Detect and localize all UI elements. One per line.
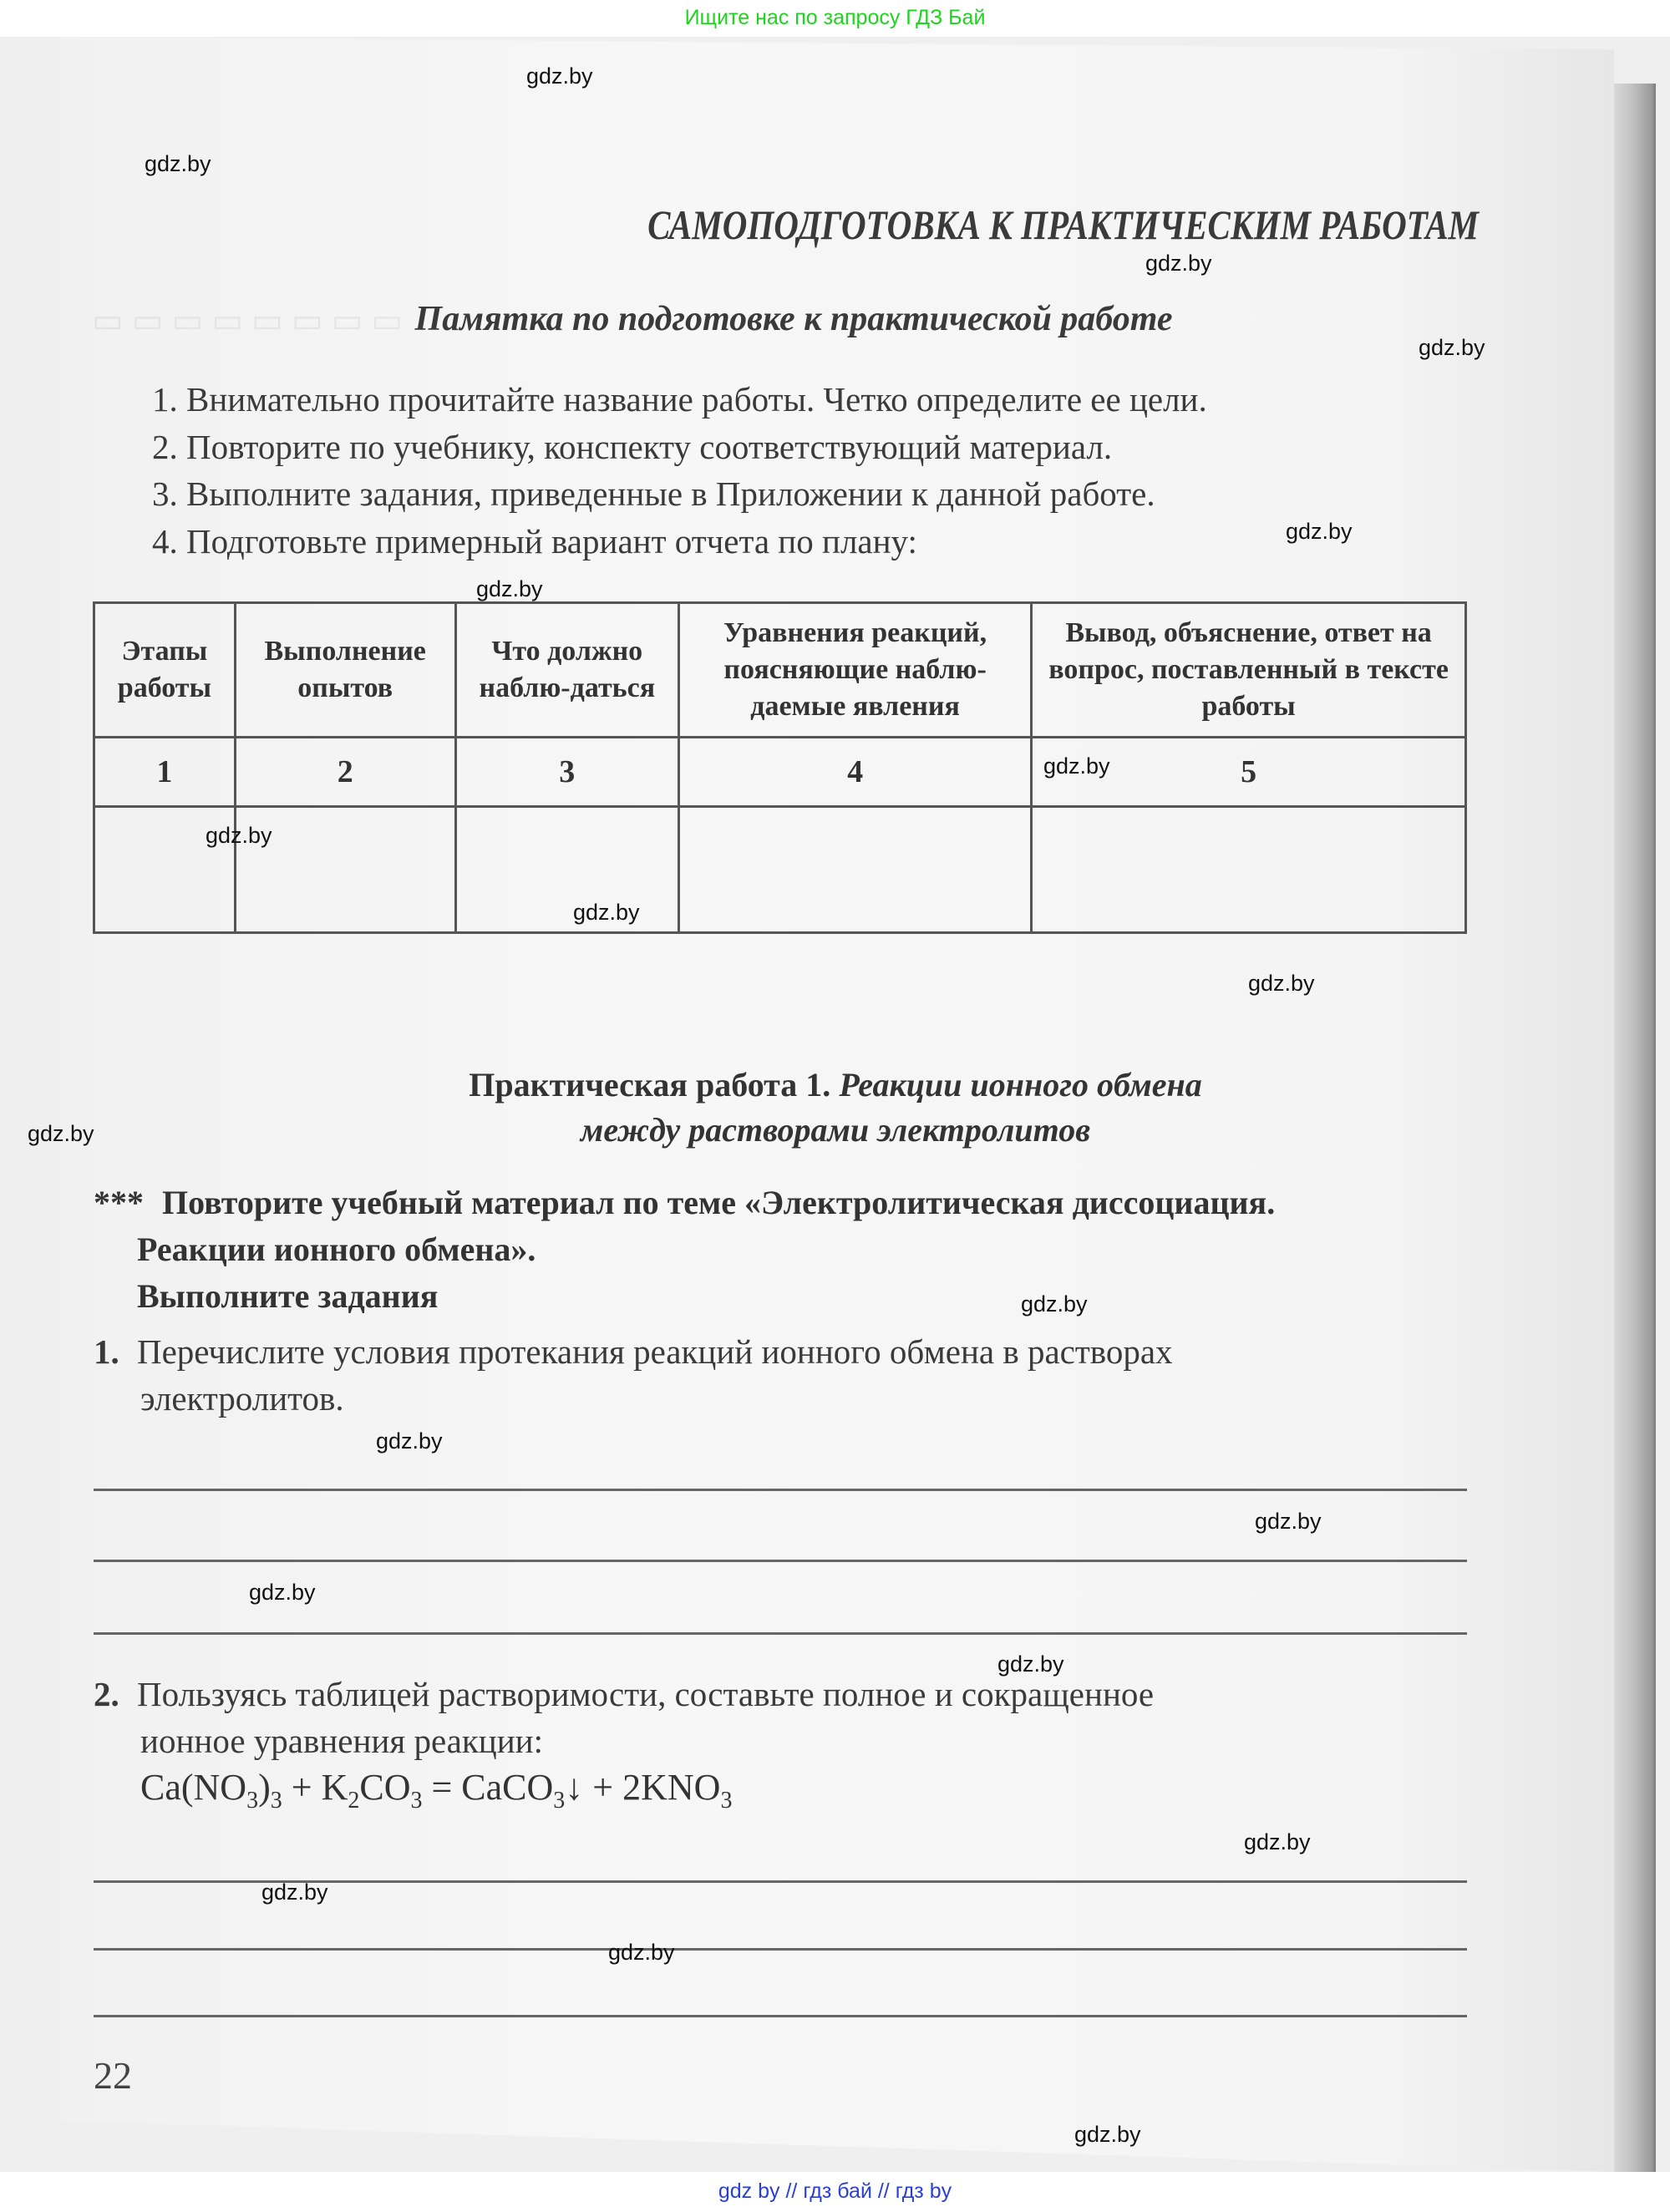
watermark: gdz.by xyxy=(608,1940,675,1966)
watermark: gdz.by xyxy=(28,1121,94,1147)
watermark: gdz.by xyxy=(573,900,640,926)
column-number: 2 xyxy=(235,738,455,807)
memo-item: 1. Внимательно прочитайте название работ… xyxy=(152,376,1489,424)
answer-line[interactable] xyxy=(94,1489,1467,1491)
practical-work-label: Практическая работа 1. xyxy=(469,1066,830,1103)
table-number-row: 1 2 3 4 5 xyxy=(94,738,1466,807)
watermark: gdz.by xyxy=(249,1580,316,1606)
stars-marker: *** xyxy=(94,1180,162,1226)
practical-work-heading: Практическая работа 1. Реакции ионного о… xyxy=(167,1063,1504,1153)
watermark: gdz.by xyxy=(1248,971,1315,997)
answer-line[interactable] xyxy=(94,1948,1467,1951)
memo-title: Памятка по подготовке к практической раб… xyxy=(251,299,1337,339)
watermark: gdz.by xyxy=(1021,1291,1088,1317)
table-header-row: Этапы работы Выполнение опытов Что должн… xyxy=(94,603,1466,738)
blank-cell[interactable] xyxy=(455,807,678,933)
task-text: Пользуясь таблицей растворимости, состав… xyxy=(137,1675,1154,1713)
memo-item: 3. Выполните задания, приведенные в Прил… xyxy=(152,470,1489,518)
practical-work-title-line2: между растворами электролитов xyxy=(167,1108,1504,1153)
blank-cell[interactable] xyxy=(679,807,1032,933)
column-number: 3 xyxy=(455,738,678,807)
watermark: gdz.by xyxy=(1244,1829,1311,1855)
watermark: gdz.by xyxy=(1255,1509,1322,1535)
instruction-line: Реакции ионного обмена». xyxy=(94,1226,1472,1273)
answer-line[interactable] xyxy=(94,1632,1467,1635)
section-title: САМОПОДГОТОВКА К ПРАКТИЧЕСКИМ РАБОТАМ xyxy=(602,200,1479,249)
task-text: электролитов. xyxy=(94,1375,1467,1422)
watermark: gdz.by xyxy=(145,151,211,177)
watermark: gdz.by xyxy=(206,823,272,849)
watermark: gdz.by xyxy=(476,576,543,602)
header-equations: Уравнения реакций, поясняющие наблю-даем… xyxy=(679,603,1032,738)
watermark: gdz.by xyxy=(376,1428,443,1454)
task-2: 2.Пользуясь таблицей растворимости, сост… xyxy=(94,1671,1467,1824)
header-stages: Этапы работы xyxy=(94,603,236,738)
header-conclusion: Вывод, объяснение, ответ на вопрос, пост… xyxy=(1032,603,1466,738)
page-number: 22 xyxy=(94,2053,132,2098)
blank-cell[interactable] xyxy=(1032,807,1466,933)
book-spine-shadow xyxy=(1614,84,1656,2172)
instruction-line: Выполните задания xyxy=(94,1273,1472,1320)
watermark: gdz.by xyxy=(1286,519,1353,545)
answer-line[interactable] xyxy=(94,1560,1467,1562)
memo-item: 2. Повторите по учебнику, конспекту соот… xyxy=(152,424,1489,471)
watermark: gdz.by xyxy=(526,63,593,89)
header-observations: Что должно наблю-даться xyxy=(455,603,678,738)
watermark: gdz.by xyxy=(1419,335,1485,361)
page-edge xyxy=(1656,84,1670,2172)
watermark: gdz.by xyxy=(1043,753,1110,779)
column-number: 1 xyxy=(94,738,236,807)
watermark: gdz.by xyxy=(1145,251,1212,276)
bottom-site-links[interactable]: gdz by // гдз бай // гдз by xyxy=(0,2172,1670,2212)
answer-line[interactable] xyxy=(94,2015,1467,2017)
instructions: ***Повторите учебный материал по теме «Э… xyxy=(94,1180,1472,1320)
instruction-line: Повторите учебный материал по теме «Элек… xyxy=(162,1184,1275,1221)
top-search-banner[interactable]: Ищите нас по запросу ГДЗ Бай xyxy=(0,0,1670,37)
reaction-formula: Ca(NO3)3 + K2CO3 = CaCO3↓ + 2KNO3 xyxy=(94,1764,1467,1824)
column-number: 4 xyxy=(679,738,1032,807)
practical-work-title-line1: Реакции ионного обмена xyxy=(839,1066,1201,1103)
watermark: gdz.by xyxy=(997,1651,1064,1677)
task-text: Перечислите условия протекания реакций и… xyxy=(137,1332,1173,1371)
task-number: 1. xyxy=(94,1328,137,1375)
watermark: gdz.by xyxy=(1074,2122,1141,2148)
watermark: gdz.by xyxy=(261,1880,328,1905)
task-1: 1.Перечислите условия протекания реакций… xyxy=(94,1328,1467,1422)
task-number: 2. xyxy=(94,1671,137,1717)
header-experiments: Выполнение опытов xyxy=(235,603,455,738)
table-blank-row xyxy=(94,807,1466,933)
report-plan-table: Этапы работы Выполнение опытов Что должн… xyxy=(93,601,1467,934)
task-text: ионное уравнения реакции: xyxy=(94,1717,1467,1764)
